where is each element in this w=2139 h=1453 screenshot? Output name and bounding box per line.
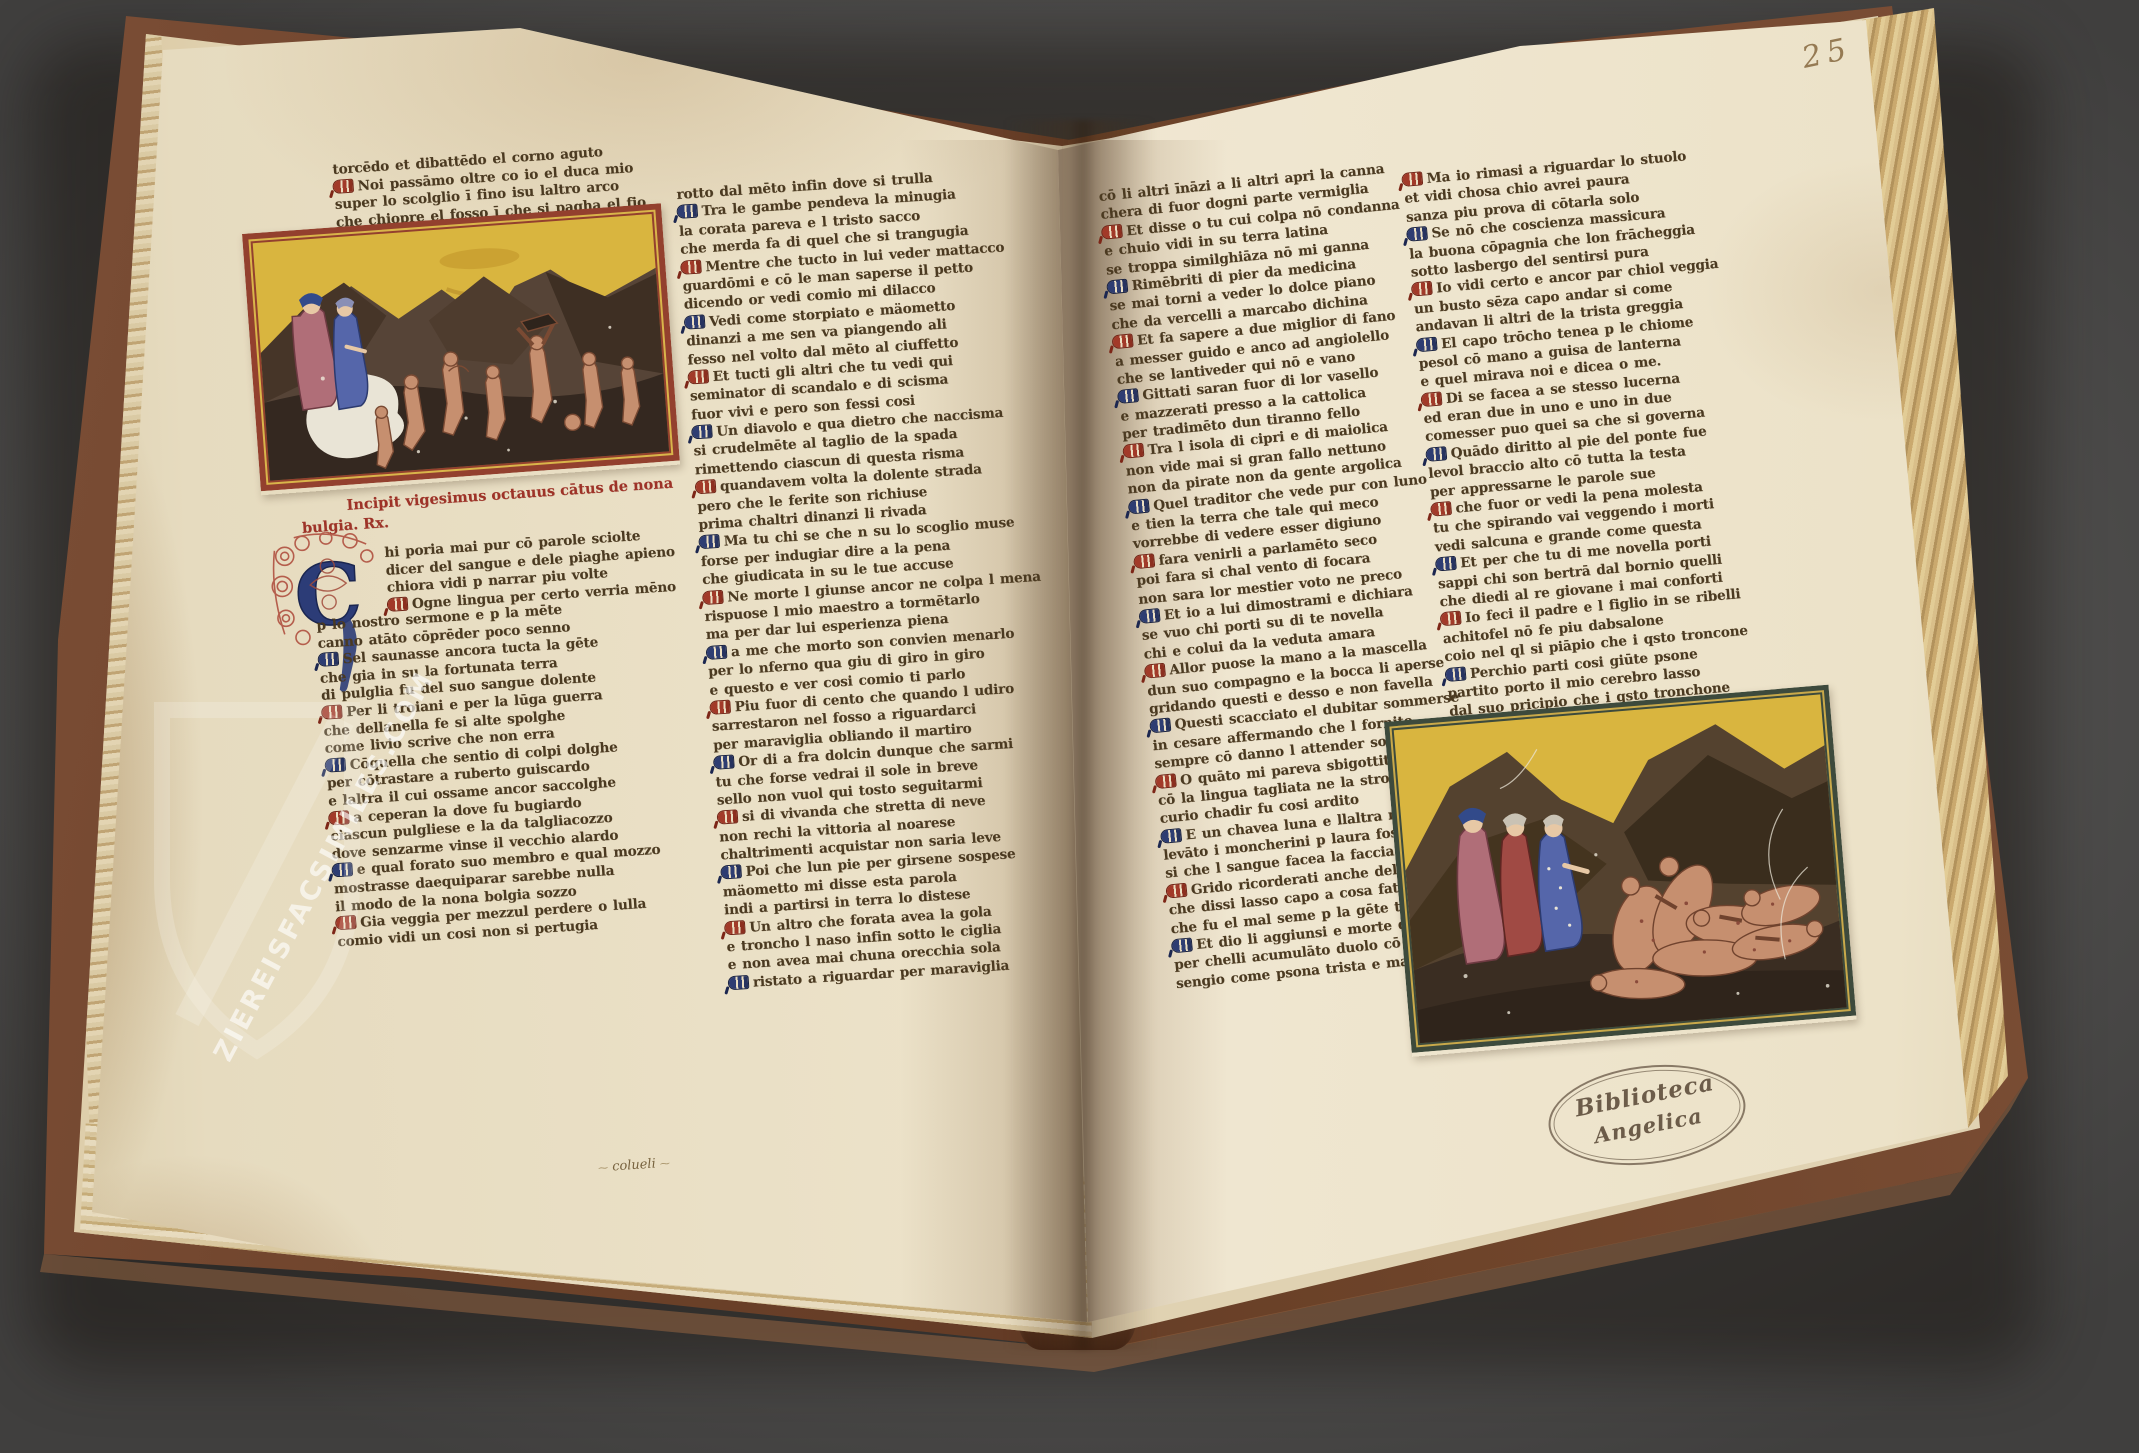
- paraph-mark-red: [1166, 884, 1186, 898]
- paraph-mark-blue: [1150, 719, 1170, 733]
- paraph-mark-blue: [1426, 447, 1446, 461]
- right-col2-verses: Ma io rimasi a riguardar lo stuoloet vid…: [1402, 145, 1758, 740]
- paraph-mark-blue: [1161, 829, 1181, 843]
- miniature-canto28-art: [242, 203, 680, 491]
- catchword-flourish-left: ⁓: [598, 1163, 609, 1175]
- paraph-mark-blue: [1445, 667, 1465, 681]
- paraph-mark-red: [703, 590, 723, 603]
- paraph-mark-blue: [1407, 227, 1427, 241]
- paraph-mark-blue: [714, 756, 734, 769]
- paraph-mark-blue: [1107, 280, 1127, 294]
- paraph-mark-blue: [318, 653, 338, 666]
- paraph-mark-red: [1412, 282, 1432, 296]
- left-col2-verses: rotto dal mēto infin dove si trullaTra l…: [676, 164, 1067, 994]
- paraph-mark-red: [696, 480, 716, 493]
- catchword-text: colueli: [612, 1156, 657, 1174]
- paraph-mark-blue: [699, 535, 719, 548]
- paraph-mark-red: [1421, 392, 1441, 406]
- paraph-mark-blue: [729, 976, 749, 989]
- paraph-mark-red: [1441, 612, 1461, 626]
- paraph-mark-red: [333, 179, 353, 192]
- paraph-mark-red: [688, 370, 708, 383]
- paraph-mark-blue: [721, 866, 741, 879]
- paraph-mark-red: [681, 260, 701, 273]
- manuscript-photo: torcēdo et dibattēdo el corno agutoNoi p…: [0, 0, 2139, 1453]
- paraph-mark-red: [1156, 774, 1176, 788]
- paraph-mark-red: [725, 921, 745, 934]
- paraph-mark-blue: [1118, 389, 1138, 403]
- catchword-flourish-right: ⁓: [660, 1159, 671, 1171]
- paraph-mark-blue: [685, 315, 705, 328]
- paraph-mark-red: [1431, 502, 1451, 516]
- paraph-mark-blue: [1129, 499, 1149, 513]
- paraph-mark-blue: [1172, 939, 1192, 953]
- paraph-mark-blue: [677, 205, 697, 218]
- miniature-canto28: [242, 203, 680, 495]
- paraph-mark-blue: [707, 645, 727, 658]
- paraph-mark-blue: [1139, 609, 1159, 623]
- paraph-mark-red: [710, 701, 730, 714]
- paraph-mark-red: [1134, 554, 1154, 568]
- paraph-mark-red: [1402, 172, 1422, 186]
- paraph-mark-red: [718, 811, 738, 824]
- paraph-mark-blue: [1417, 337, 1437, 351]
- paraph-mark-red: [1102, 225, 1122, 239]
- paraph-mark-red: [1123, 444, 1143, 458]
- paraph-mark-red: [388, 597, 408, 610]
- miniature-canto29: [1384, 685, 1857, 1057]
- paraph-mark-red: [1145, 664, 1165, 678]
- paraph-mark-blue: [692, 425, 712, 438]
- paraph-mark-red: [1113, 335, 1133, 349]
- miniature-canto29-art: [1384, 685, 1856, 1053]
- paraph-mark-blue: [1436, 557, 1456, 571]
